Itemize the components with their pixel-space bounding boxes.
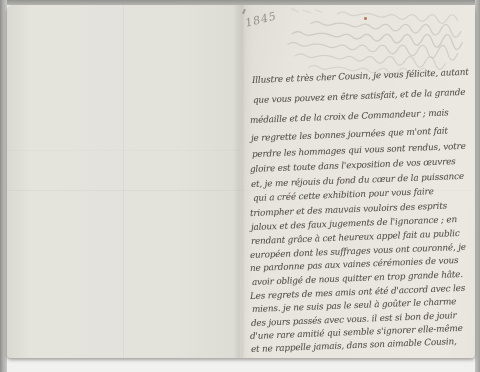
letter-page-right: 1845 Illustre et très cher Cousin, je vo… [240,5,475,358]
letter-photograph: 1845 Illustre et très cher Cousin, je vo… [0,0,480,372]
letter-sheet: 1845 Illustre et très cher Cousin, je vo… [7,5,475,358]
fold-crease-horizontal-lower [7,190,240,192]
letter-line: médaille et de la croix de Commandeur ; … [250,108,449,126]
letter-body: Illustre et très cher Cousin, je vous fé… [250,5,475,358]
letter-line: que vous pouvez en être satisfait, et de… [253,88,466,106]
fold-crease-horizontal-upper [7,150,240,152]
letter-page-left-blank [7,5,240,358]
pencil-stray-mark [242,9,246,14]
photo-edge-left [0,0,7,372]
letter-line: Illustre et très cher Cousin, je vous fé… [252,68,469,86]
letter-line: je regrette les bonnes journées que m'on… [251,126,448,144]
photo-edge-right [475,0,480,372]
fold-crease-vertical [123,5,125,358]
fold-crease-horizontal-right [240,190,475,192]
